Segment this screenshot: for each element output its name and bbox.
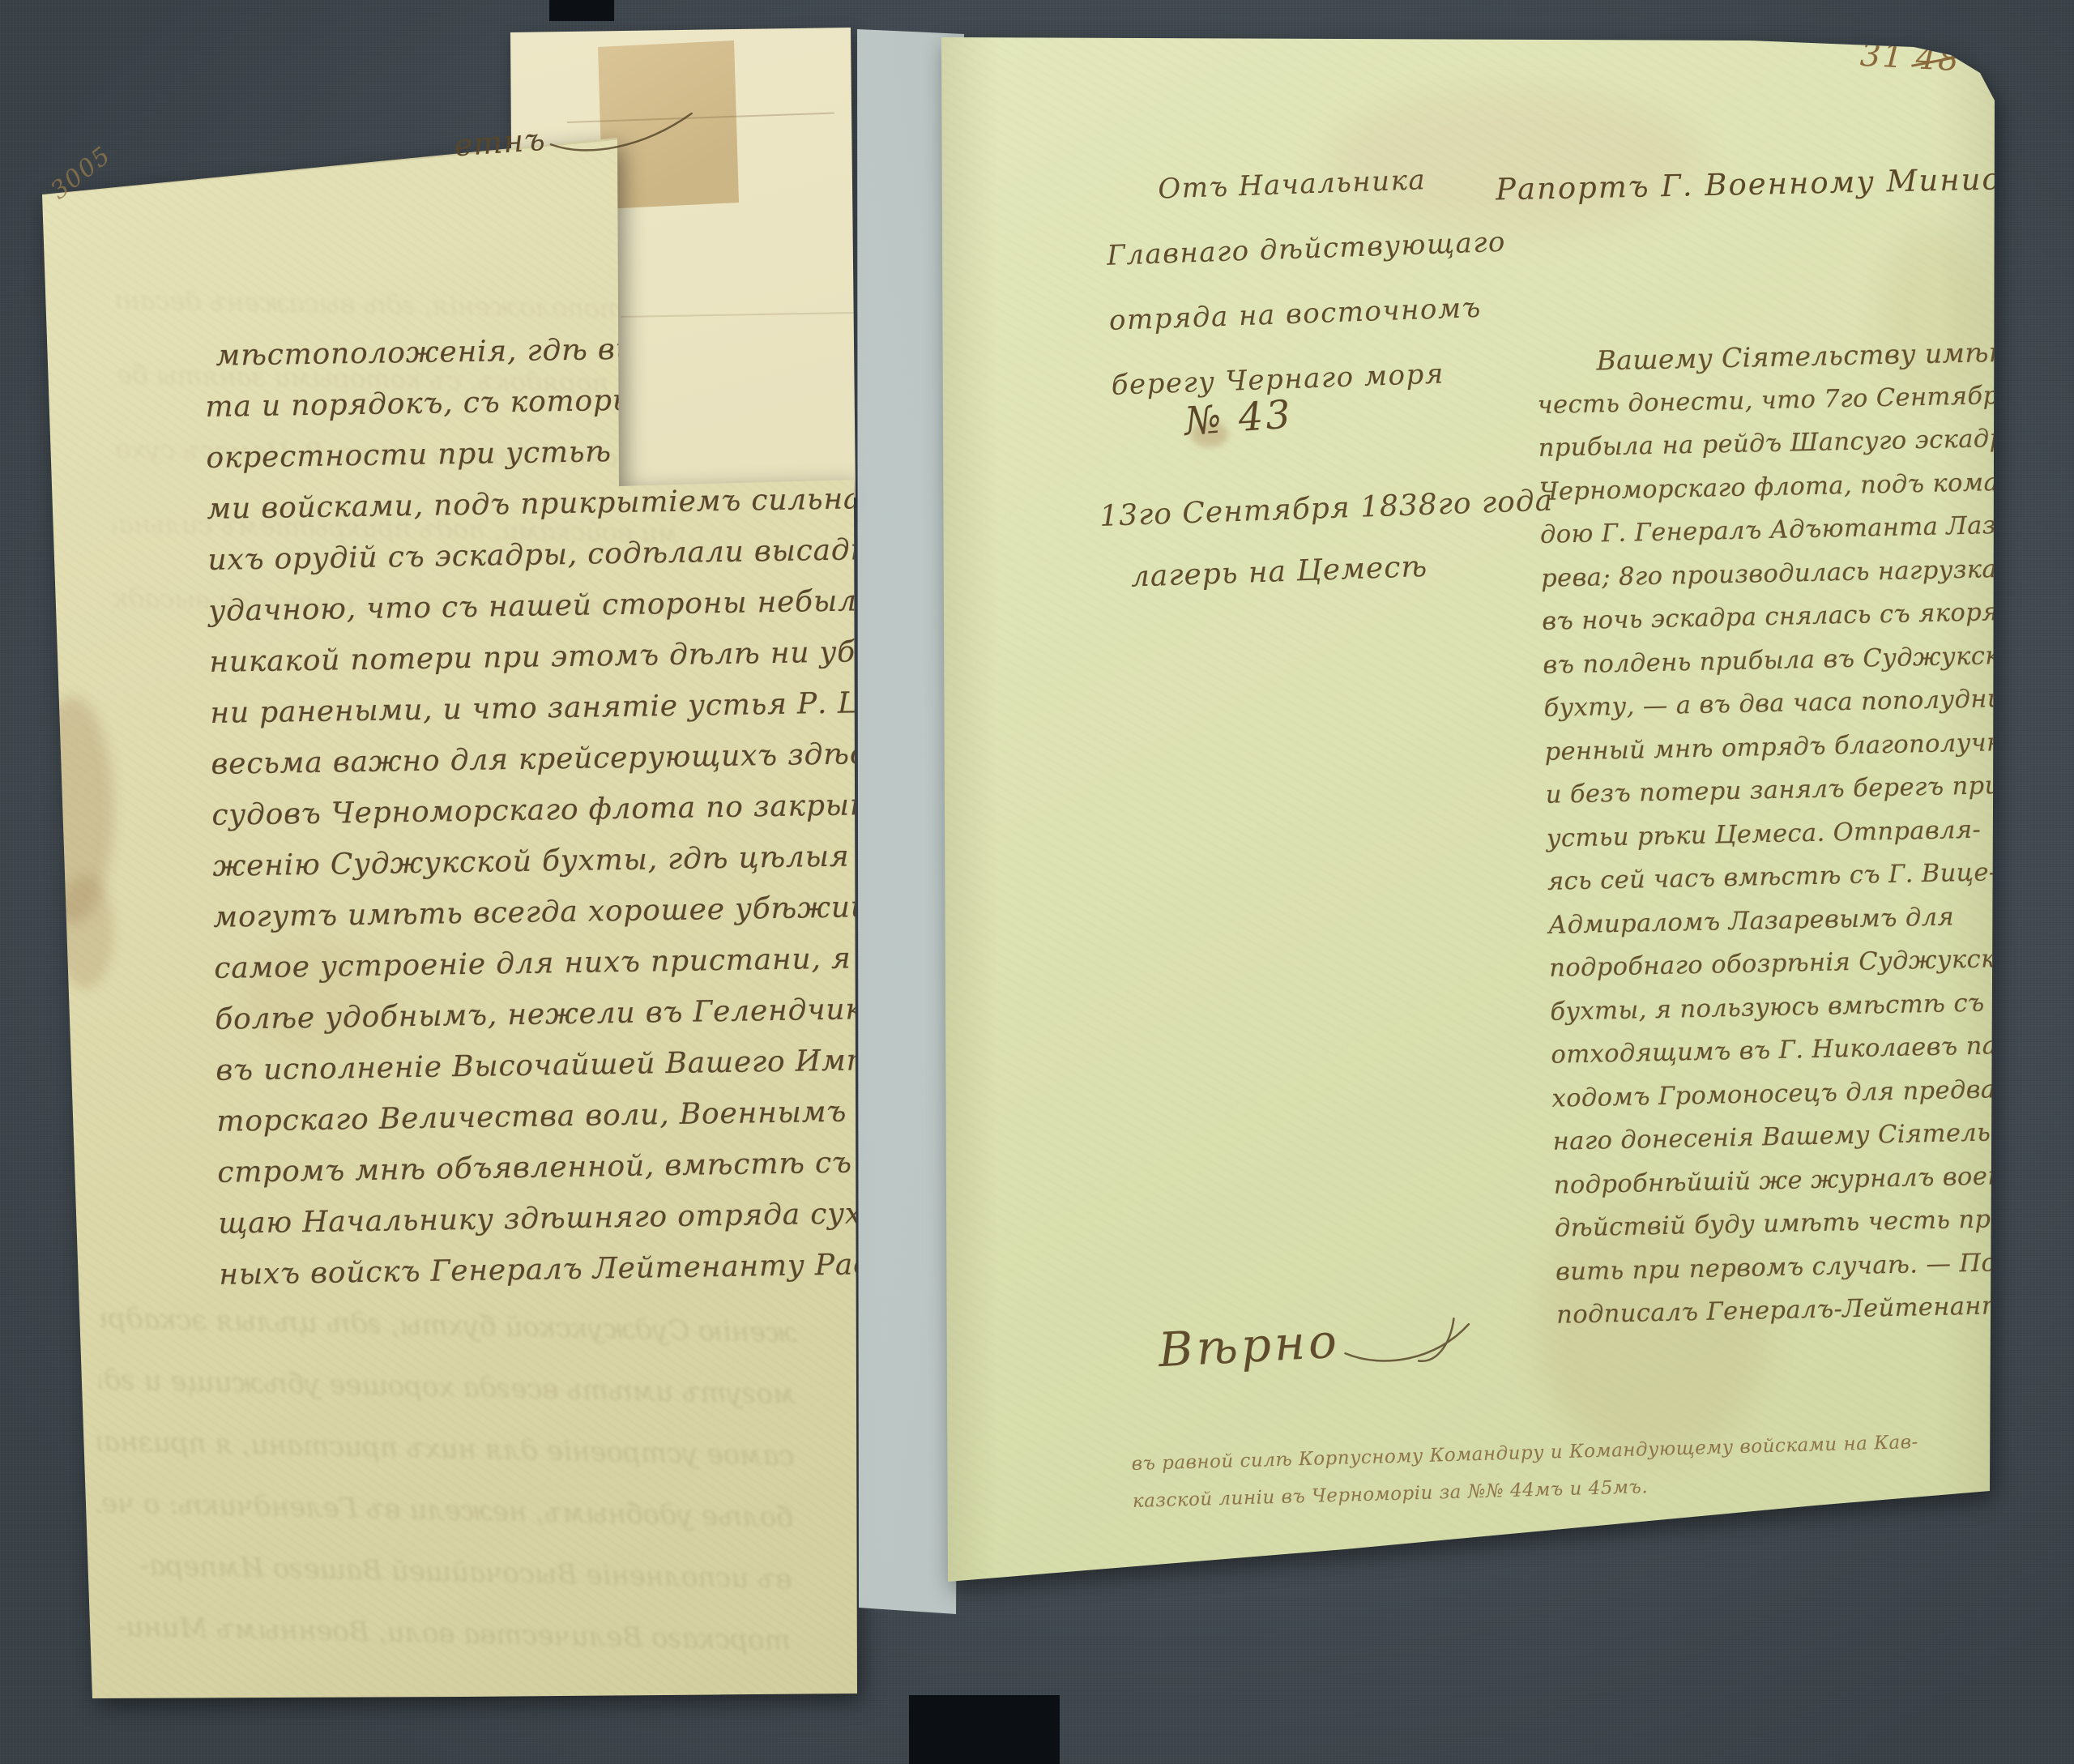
binding-strip-bottom [909, 1695, 1060, 1764]
folio-number-crossed: 48 [1915, 39, 1961, 79]
spine-shading [941, 32, 998, 1584]
report-title: Рапортъ Г. Военному Министру [1496, 162, 1999, 207]
distribution-footnote: въ равной силѣ Корпусному Командиру и Ко… [1131, 1421, 2008, 1520]
binding-tab-top [549, 0, 614, 21]
document-number: № 43 [1183, 391, 1294, 444]
archival-photo-canvas: { "document": { "folio_number": "31", "f… [0, 0, 2074, 1764]
pen-flourish [1338, 1311, 1479, 1377]
right-sheet-wrap: 3148 Отъ НачальникаГлавнаго дѣйствующаго… [0, 0, 2074, 1764]
certification-text: Вѣрно [1157, 1313, 1341, 1378]
certification-mark: Вѣрно [1157, 1306, 1479, 1386]
folio-numbers: 3148 [1859, 36, 1961, 79]
fragment-text: етнъ [453, 122, 547, 164]
sender-address-block: Отъ НачальникаГлавнаго дѣйствующагоотряд… [1103, 145, 1501, 418]
right-manuscript-page: 3148 Отъ НачальникаГлавнаго дѣйствующаго… [0, 0, 2074, 1764]
report-body-text: Вашему Сіятельству имѣючесть донести, чт… [1536, 331, 2035, 1338]
sender-line-4: берегу Чернаго моря [1110, 340, 1500, 418]
folio-number: 31 [1859, 36, 1905, 76]
